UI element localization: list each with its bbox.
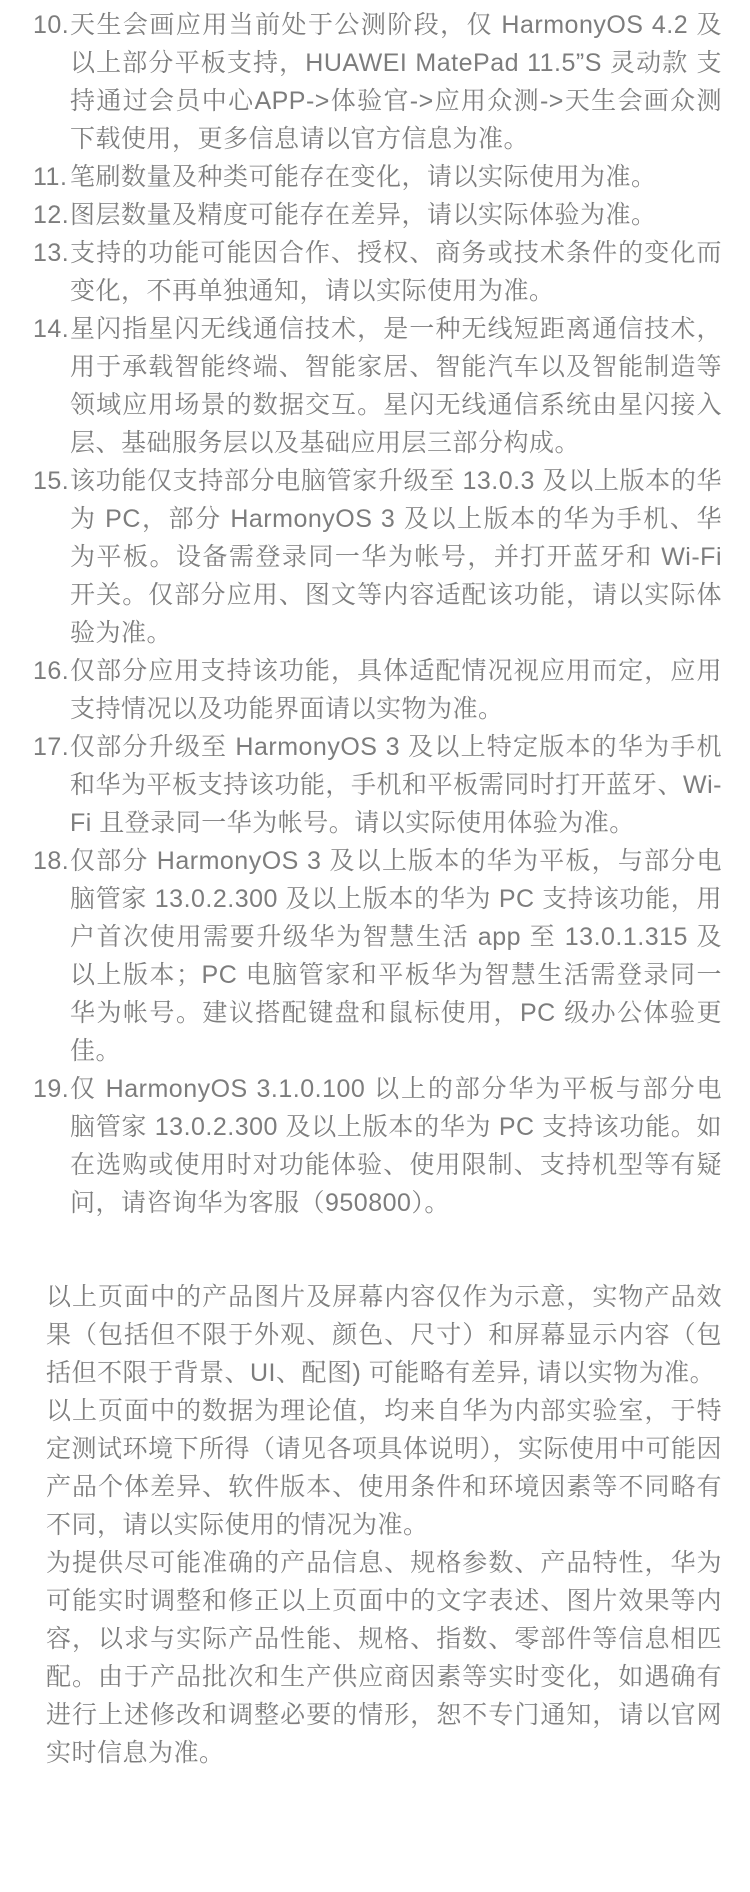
footnote-item: 14. 星闪指星闪无线通信技术，是一种无线短距离通信技术，用于承载智能终端、智能… bbox=[33, 310, 722, 462]
footnote-item: 19. 仅 HarmonyOS 3.1.0.100 以上的部分华为平板与部分电脑… bbox=[33, 1070, 722, 1222]
footnote-text: 图层数量及精度可能存在差异，请以实际体验为准。 bbox=[70, 196, 722, 234]
footnote-text: 该功能仅支持部分电脑管家升级至 13.0.3 及以上版本的华为 PC，部分 Ha… bbox=[70, 462, 722, 652]
footnote-number: 11. bbox=[33, 158, 70, 196]
disclaimer-paragraph: 以上页面中的数据为理论值，均来自华为内部实验室，于特定测试环境下所得（请见各项具… bbox=[46, 1392, 722, 1544]
footnote-text: 仅部分应用支持该功能，具体适配情况视应用而定，应用支持情况以及功能界面请以实物为… bbox=[70, 652, 722, 728]
footnote-text: 笔刷数量及种类可能存在变化，请以实际使用为准。 bbox=[70, 158, 722, 196]
footnote-number: 14. bbox=[33, 310, 70, 348]
footnote-number: 18. bbox=[33, 842, 70, 880]
footnote-number: 15. bbox=[33, 462, 70, 500]
footnote-text: 仅 HarmonyOS 3.1.0.100 以上的部分华为平板与部分电脑管家 1… bbox=[70, 1070, 722, 1222]
footnote-number: 12. bbox=[33, 196, 70, 234]
footnote-item: 17. 仅部分升级至 HarmonyOS 3 及以上特定版本的华为手机和华为平板… bbox=[33, 728, 722, 842]
footnote-number: 10. bbox=[33, 6, 70, 44]
footnote-text: 仅部分 HarmonyOS 3 及以上版本的华为平板，与部分电脑管家 13.0.… bbox=[70, 842, 722, 1070]
disclaimer-page: 10. 天生会画应用当前处于公测阶段，仅 HarmonyOS 4.2 及以上部分… bbox=[0, 0, 750, 1892]
disclaimer-section: 以上页面中的产品图片及屏幕内容仅作为示意，实物产品效果（包括但不限于外观、颜色、… bbox=[46, 1278, 722, 1772]
footnote-item: 15. 该功能仅支持部分电脑管家升级至 13.0.3 及以上版本的华为 PC，部… bbox=[33, 462, 722, 652]
footnote-item: 12. 图层数量及精度可能存在差异，请以实际体验为准。 bbox=[33, 196, 722, 234]
footnote-text: 天生会画应用当前处于公测阶段，仅 HarmonyOS 4.2 及以上部分平板支持… bbox=[70, 6, 722, 158]
footnote-item: 18. 仅部分 HarmonyOS 3 及以上版本的华为平板，与部分电脑管家 1… bbox=[33, 842, 722, 1070]
footnote-list: 10. 天生会画应用当前处于公测阶段，仅 HarmonyOS 4.2 及以上部分… bbox=[33, 6, 722, 1222]
footnote-item: 10. 天生会画应用当前处于公测阶段，仅 HarmonyOS 4.2 及以上部分… bbox=[33, 6, 722, 158]
footnote-number: 17. bbox=[33, 728, 70, 766]
footnote-item: 16. 仅部分应用支持该功能，具体适配情况视应用而定，应用支持情况以及功能界面请… bbox=[33, 652, 722, 728]
footnote-text: 仅部分升级至 HarmonyOS 3 及以上特定版本的华为手机和华为平板支持该功… bbox=[70, 728, 722, 842]
disclaimer-paragraph: 为提供尽可能准确的产品信息、规格参数、产品特性，华为可能实时调整和修正以上页面中… bbox=[46, 1544, 722, 1772]
footnote-number: 13. bbox=[33, 234, 70, 272]
footnote-item: 11. 笔刷数量及种类可能存在变化，请以实际使用为准。 bbox=[33, 158, 722, 196]
disclaimer-paragraph: 以上页面中的产品图片及屏幕内容仅作为示意，实物产品效果（包括但不限于外观、颜色、… bbox=[46, 1278, 722, 1392]
footnote-number: 19. bbox=[33, 1070, 70, 1108]
footnote-number: 16. bbox=[33, 652, 70, 690]
footnote-text: 星闪指星闪无线通信技术，是一种无线短距离通信技术，用于承载智能终端、智能家居、智… bbox=[70, 310, 722, 462]
footnote-text: 支持的功能可能因合作、授权、商务或技术条件的变化而变化，不再单独通知，请以实际使… bbox=[70, 234, 722, 310]
footnote-item: 13. 支持的功能可能因合作、授权、商务或技术条件的变化而变化，不再单独通知，请… bbox=[33, 234, 722, 310]
